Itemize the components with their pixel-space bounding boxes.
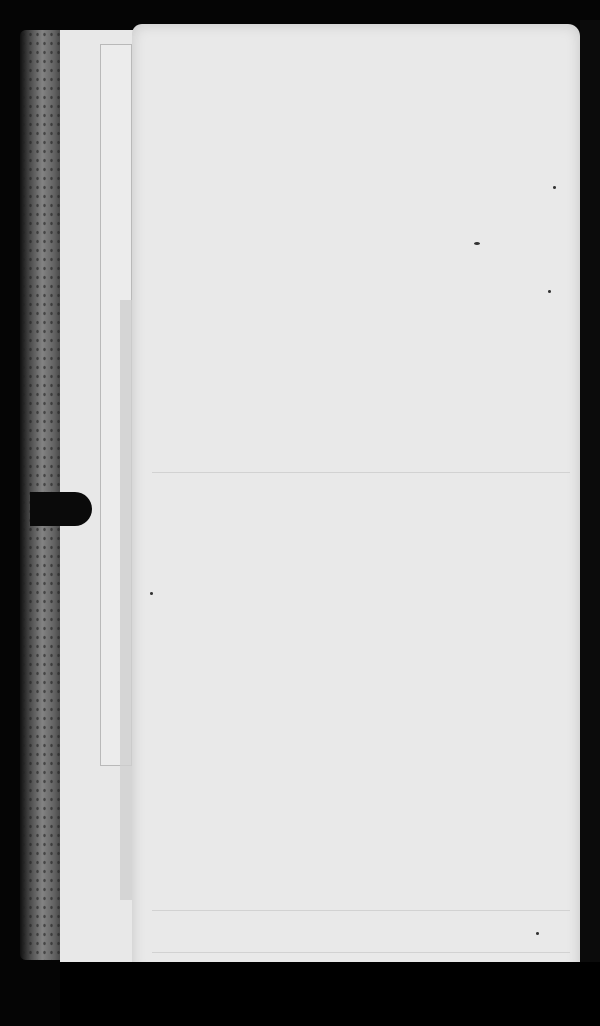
speck bbox=[474, 242, 480, 245]
faint-rule bbox=[152, 952, 570, 953]
faint-rule bbox=[152, 910, 570, 911]
faint-rule bbox=[152, 472, 570, 473]
page-right-edge bbox=[580, 20, 600, 1026]
binding-clip bbox=[30, 492, 92, 526]
speck bbox=[150, 592, 153, 595]
speck bbox=[548, 290, 551, 293]
speck bbox=[553, 186, 556, 189]
speck bbox=[536, 932, 539, 935]
bottom-shadow bbox=[60, 962, 600, 1026]
blank-page bbox=[132, 24, 580, 976]
